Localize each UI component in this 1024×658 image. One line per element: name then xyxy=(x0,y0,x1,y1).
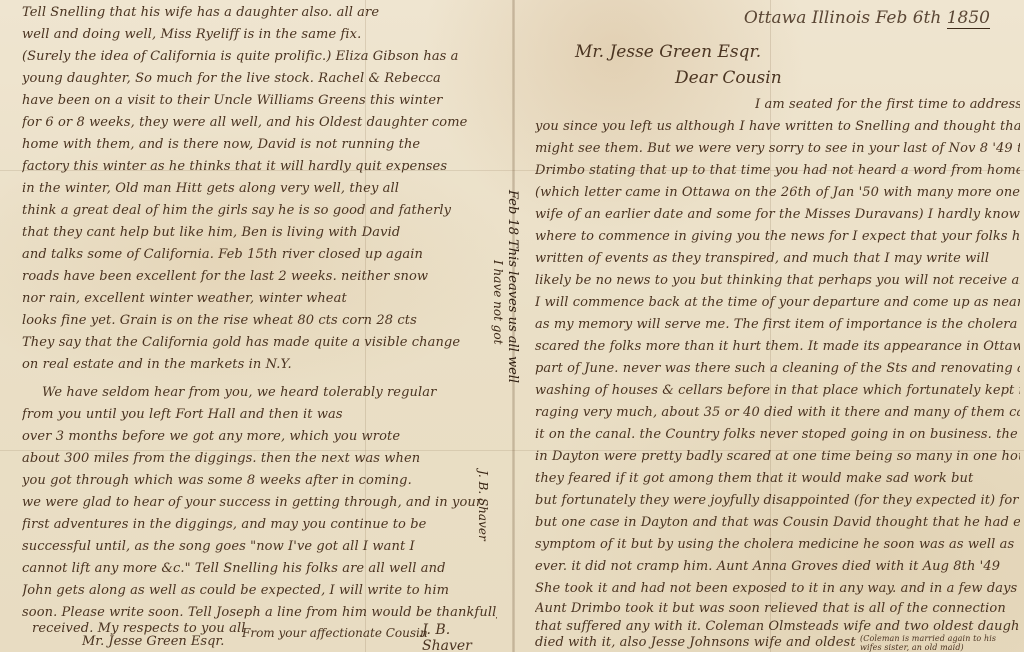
letter-line: symptom of it but by using the cholera m… xyxy=(535,536,1020,554)
left-page: Tell Snelling that his wife has a daught… xyxy=(22,0,497,652)
dateline: Ottawa Illinois Feb 6th 1850 xyxy=(744,8,990,28)
vertical-fragment: I have not got xyxy=(491,260,505,344)
letter-line: died with it, also Jesse Johnsons wife a… xyxy=(535,634,860,652)
scan-border xyxy=(0,652,1024,658)
letter-sheet: Tell Snelling that his wife has a daught… xyxy=(0,0,1024,652)
letter-line: cannot lift any more &c." Tell Snelling … xyxy=(22,560,497,578)
letter-line: (which letter came in Ottawa on the 26th… xyxy=(535,184,1020,202)
letter-line: likely be no news to you but thinking th… xyxy=(535,272,1020,290)
letter-line: I am seated for the first time to addres… xyxy=(755,96,1020,114)
letter-line: we were glad to hear of your success in … xyxy=(22,494,497,512)
letter-line: looks fine yet. Grain is on the rise whe… xyxy=(22,312,497,330)
letter-line: roads have been excellent for the last 2… xyxy=(22,268,497,286)
dateline-year: 1850 xyxy=(947,8,990,29)
salutation: Dear Cousin xyxy=(675,68,782,88)
letter-line: first adventures in the diggings, and ma… xyxy=(22,516,497,534)
letter-line: home with them, and is there now, David … xyxy=(22,136,497,154)
letter-line: well and doing well, Miss Ryeliff is in … xyxy=(22,26,497,44)
letter-line: in Dayton were pretty badly scared at on… xyxy=(535,448,1020,466)
letter-line: She took it and had not been exposed to … xyxy=(535,580,1020,598)
letter-line: on real estate and in the markets in N.Y… xyxy=(22,356,497,374)
letter-line: John gets along as well as could be expe… xyxy=(22,582,497,600)
letter-line: Drimbo stating that up to that time you … xyxy=(535,162,1020,180)
dateline-date: Feb 6th xyxy=(876,8,942,28)
letter-line: where to commence in giving you the news… xyxy=(535,228,1020,246)
letter-line: part of June. never was there such a cle… xyxy=(535,360,1020,378)
letter-line: it on the canal. the Country folks never… xyxy=(535,426,1020,444)
letter-line: washing of houses & cellars before in th… xyxy=(535,382,1020,400)
closing-phrase: From your affectionate Cousin xyxy=(242,626,428,640)
letter-line: might see them. But we were very sorry t… xyxy=(535,140,1020,158)
letter-line: nor rain, excellent winter weather, wint… xyxy=(22,290,497,308)
letter-line: about 300 miles from the diggings. then … xyxy=(22,450,497,468)
marginal-note: (Coleman is married again to his wifes s… xyxy=(860,634,1020,652)
letter-line: Aunt Drimbo took it but was soon relieve… xyxy=(535,600,1020,618)
letter-line: factory this winter as he thinks that it… xyxy=(22,158,497,176)
letter-line: They say that the California gold has ma… xyxy=(22,334,497,352)
letter-line: think a great deal of him the girls say … xyxy=(22,202,497,220)
letter-line: wife of an earlier date and some for the… xyxy=(535,206,1020,224)
letter-line: from you until you left Fort Hall and th… xyxy=(22,406,497,424)
letter-line: We have seldom hear from you, we heard t… xyxy=(42,384,497,402)
dateline-place: Ottawa Illinois xyxy=(744,8,870,28)
vertical-margin-note: Feb 18 This leaves us all well xyxy=(505,190,520,383)
letter-line: have been on a visit to their Uncle Will… xyxy=(22,92,497,110)
letter-line: (Surely the idea of California is quite … xyxy=(22,48,497,66)
letter-line: you since you left us although I have wr… xyxy=(535,118,1020,136)
addressee: Mr. Jesse Green Esqr. xyxy=(575,42,761,62)
letter-line: and talks some of California. Feb 15th r… xyxy=(22,246,497,264)
letter-line: but one case in Dayton and that was Cous… xyxy=(535,514,1020,532)
letter-line: in the winter, Old man Hitt gets along v… xyxy=(22,180,497,198)
right-page: Ottawa Illinois Feb 6th 1850 Mr. Jesse G… xyxy=(535,0,1020,652)
closing-addressee: Mr. Jesse Green Esqr. xyxy=(82,634,224,649)
vertical-signature: J. B. Shaver xyxy=(476,470,490,541)
letter-line: written of events as they transpired, an… xyxy=(535,250,1020,268)
letter-line: I will commence back at the time of your… xyxy=(535,294,1020,312)
letter-line: Tell Snelling that his wife has a daught… xyxy=(22,4,497,22)
letter-line: but fortunately they were joyfully disap… xyxy=(535,492,1020,510)
letter-line: successful until, as the song goes "now … xyxy=(22,538,497,556)
letter-line: over 3 months before we got any more, wh… xyxy=(22,428,497,446)
letter-line: young daughter, So much for the live sto… xyxy=(22,70,497,88)
letter-line: you got through which was some 8 weeks a… xyxy=(22,472,497,490)
letter-line: as my memory will serve me. The first it… xyxy=(535,316,1020,334)
letter-line: they feared if it got among them that it… xyxy=(535,470,1020,488)
letter-line: that they cant help but like him, Ben is… xyxy=(22,224,497,242)
letter-line: for 6 or 8 weeks, they were all well, an… xyxy=(22,114,497,132)
letter-line: raging very much, about 35 or 40 died wi… xyxy=(535,404,1020,422)
letter-line: scared the folks more than it hurt them.… xyxy=(535,338,1020,356)
signature: J. B. Shaver xyxy=(422,622,497,652)
letter-line: ever. it did not cramp him. Aunt Anna Gr… xyxy=(535,558,1020,576)
